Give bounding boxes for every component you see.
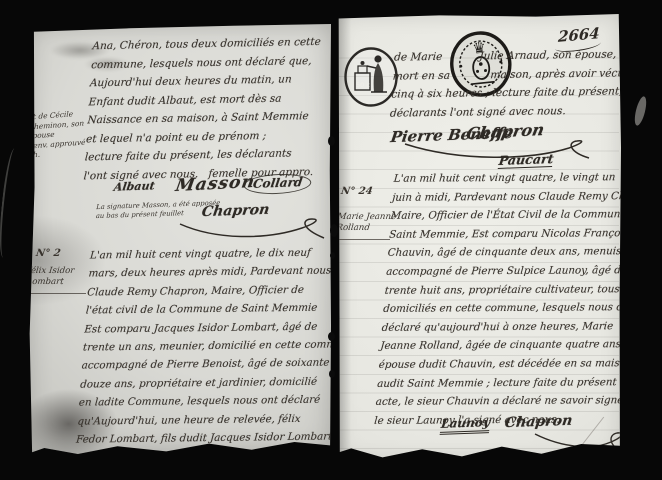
handwritten-line: Maire, Officier de l'État Civil de la Co… [390,205,621,225]
signature-chapron-ra1: Chapron [465,120,546,143]
gutter-ink-blob [330,252,335,259]
register-scan: Ana, Chéron, tous deux domiciliés en cet… [0,0,662,480]
signature-chapron-act1: Chapron [201,202,271,220]
act2-margin-number: N° 2 [35,248,61,259]
chapron-flourish [533,428,621,458]
margin-underline [28,290,86,294]
act2-text-block: L'an mil huit cent vingt quatre, le ving… [374,168,621,430]
handwritten-line: déclarants l'ont signé avec nous. [389,101,616,123]
gutter-ink-blob [328,136,335,146]
handwritten-line: juin à midi, Pardevant nous Claude Remy … [391,187,621,207]
act1-continuation-block: de Marie Julie Arnaud, son épouse, estmo… [389,45,620,122]
left-page: Ana, Chéron, tous deux domiciliés en cet… [26,24,331,454]
margin-underline [338,236,390,240]
handwritten-line: acte, le sieur Chauvin a déclaré ne savo… [375,391,612,411]
act2-text-block: L'an mil huit cent vingt quatre, le dix … [75,243,331,449]
handwritten-line: Fedor Lombart, fils dudit Jacques Isidor… [75,428,326,449]
handwritten-line: Chauvin, âgé de cinquante deux ans, menu… [387,243,621,263]
handwritten-line: le sieur Launoy l'a signé avec nous. [374,410,611,430]
handwritten-line: déclaré qu'aujourd'hui à onze heures, Ma… [381,317,618,337]
handwritten-line: de Marie Julie Arnaud, son épouse, est [393,45,620,67]
act1-text-block: Ana, Chéron, tous deux domiciliés en cet… [83,33,331,186]
gutter-ink-blob [330,224,338,237]
signature-albaut: Albaut [113,179,156,193]
adjacent-page-corner [633,95,649,126]
chapron-flourish [176,216,326,242]
margin-name-line: félix Isidor [27,266,75,277]
left-edge-streak [0,148,22,259]
signature-chapron-ra2: Chapron [504,413,574,431]
act1-margin-note: et de CécileCheminon, sonépouseRenv. app… [27,107,101,160]
handwritten-line: Saint Memmie, Est comparu Nicolas Franço… [388,224,621,244]
handwritten-line: l'état civil de la Commune de Saint Memm… [85,299,331,320]
act2-margin-name: félix IsidorLombart [26,266,75,288]
signature-paucart: Paucart [498,151,555,169]
margin-name-line: Rolland [337,223,395,234]
handwritten-line: cinq à six heures ; lecture faite du pré… [391,82,618,104]
handwritten-line: Jeanne Rolland, âgée de cinquante quatre… [380,336,617,356]
gutter-ink-blob [329,370,335,378]
right-page: 2664 50 c ♛ [337,14,621,460]
handwritten-line: accompagné de Pierre Sulpice Launoy, âgé… [385,261,621,281]
fiscal-stamp-value: 50 c [356,81,370,89]
handwritten-line: domiciliés en cette commune, lesquels no… [383,298,620,318]
handwritten-line: épouse dudit Chauvin, est décédée en sa … [378,354,615,374]
signature-collard: Collard [242,173,312,195]
margin-name-line: Lombart [26,277,74,288]
handwritten-line: trente huit ans, propriétaire cultivateu… [384,280,621,300]
margin-name-line: Marie Jeanne [337,212,397,223]
act2-margin-number: N° 24 [340,186,373,197]
handwritten-line: audit Saint Memmie ; lecture faite du pr… [377,373,614,393]
handwritten-line: L'an mil huit cent vingt quatre, le ving… [393,168,621,188]
signature-launoy: Launoy [440,415,491,435]
gutter-ink-blob [328,332,335,341]
act2-margin-name: Marie JeanneRolland [337,212,397,234]
